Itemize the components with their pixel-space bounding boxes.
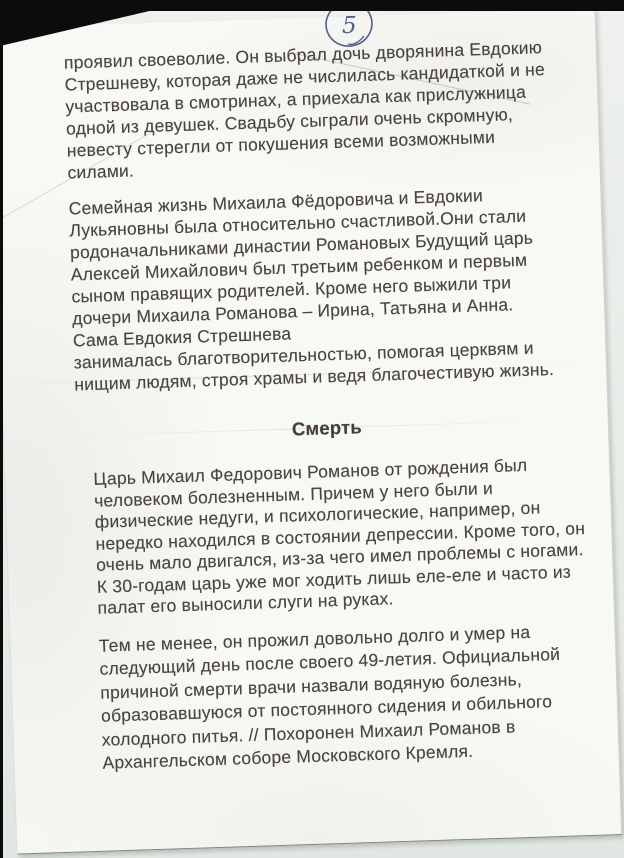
paragraph-family-life: Семейная жизнь Михаила Фёдоровича и Евдо…: [68, 181, 576, 395]
page-text: проявил своеволие. Он выбрал дочь дворян…: [64, 35, 589, 775]
section-heading: Смерть: [76, 407, 579, 449]
paragraph-death: Тем не менее, он прожил довольно долго и…: [82, 619, 588, 776]
paragraph-wedding: проявил своеволие. Он выбрал дочь дворян…: [64, 35, 570, 183]
scanner-left-edge: [0, 0, 3, 858]
paragraph-health: Царь Михаил Федорович Романов от рождени…: [77, 453, 584, 620]
scanned-page: проявил своеволие. Он выбрал дочь дворян…: [0, 8, 622, 854]
scan-background: проявил своеволие. Он выбрал дочь дворян…: [0, 0, 624, 858]
pen-digit: 5: [342, 13, 357, 39]
